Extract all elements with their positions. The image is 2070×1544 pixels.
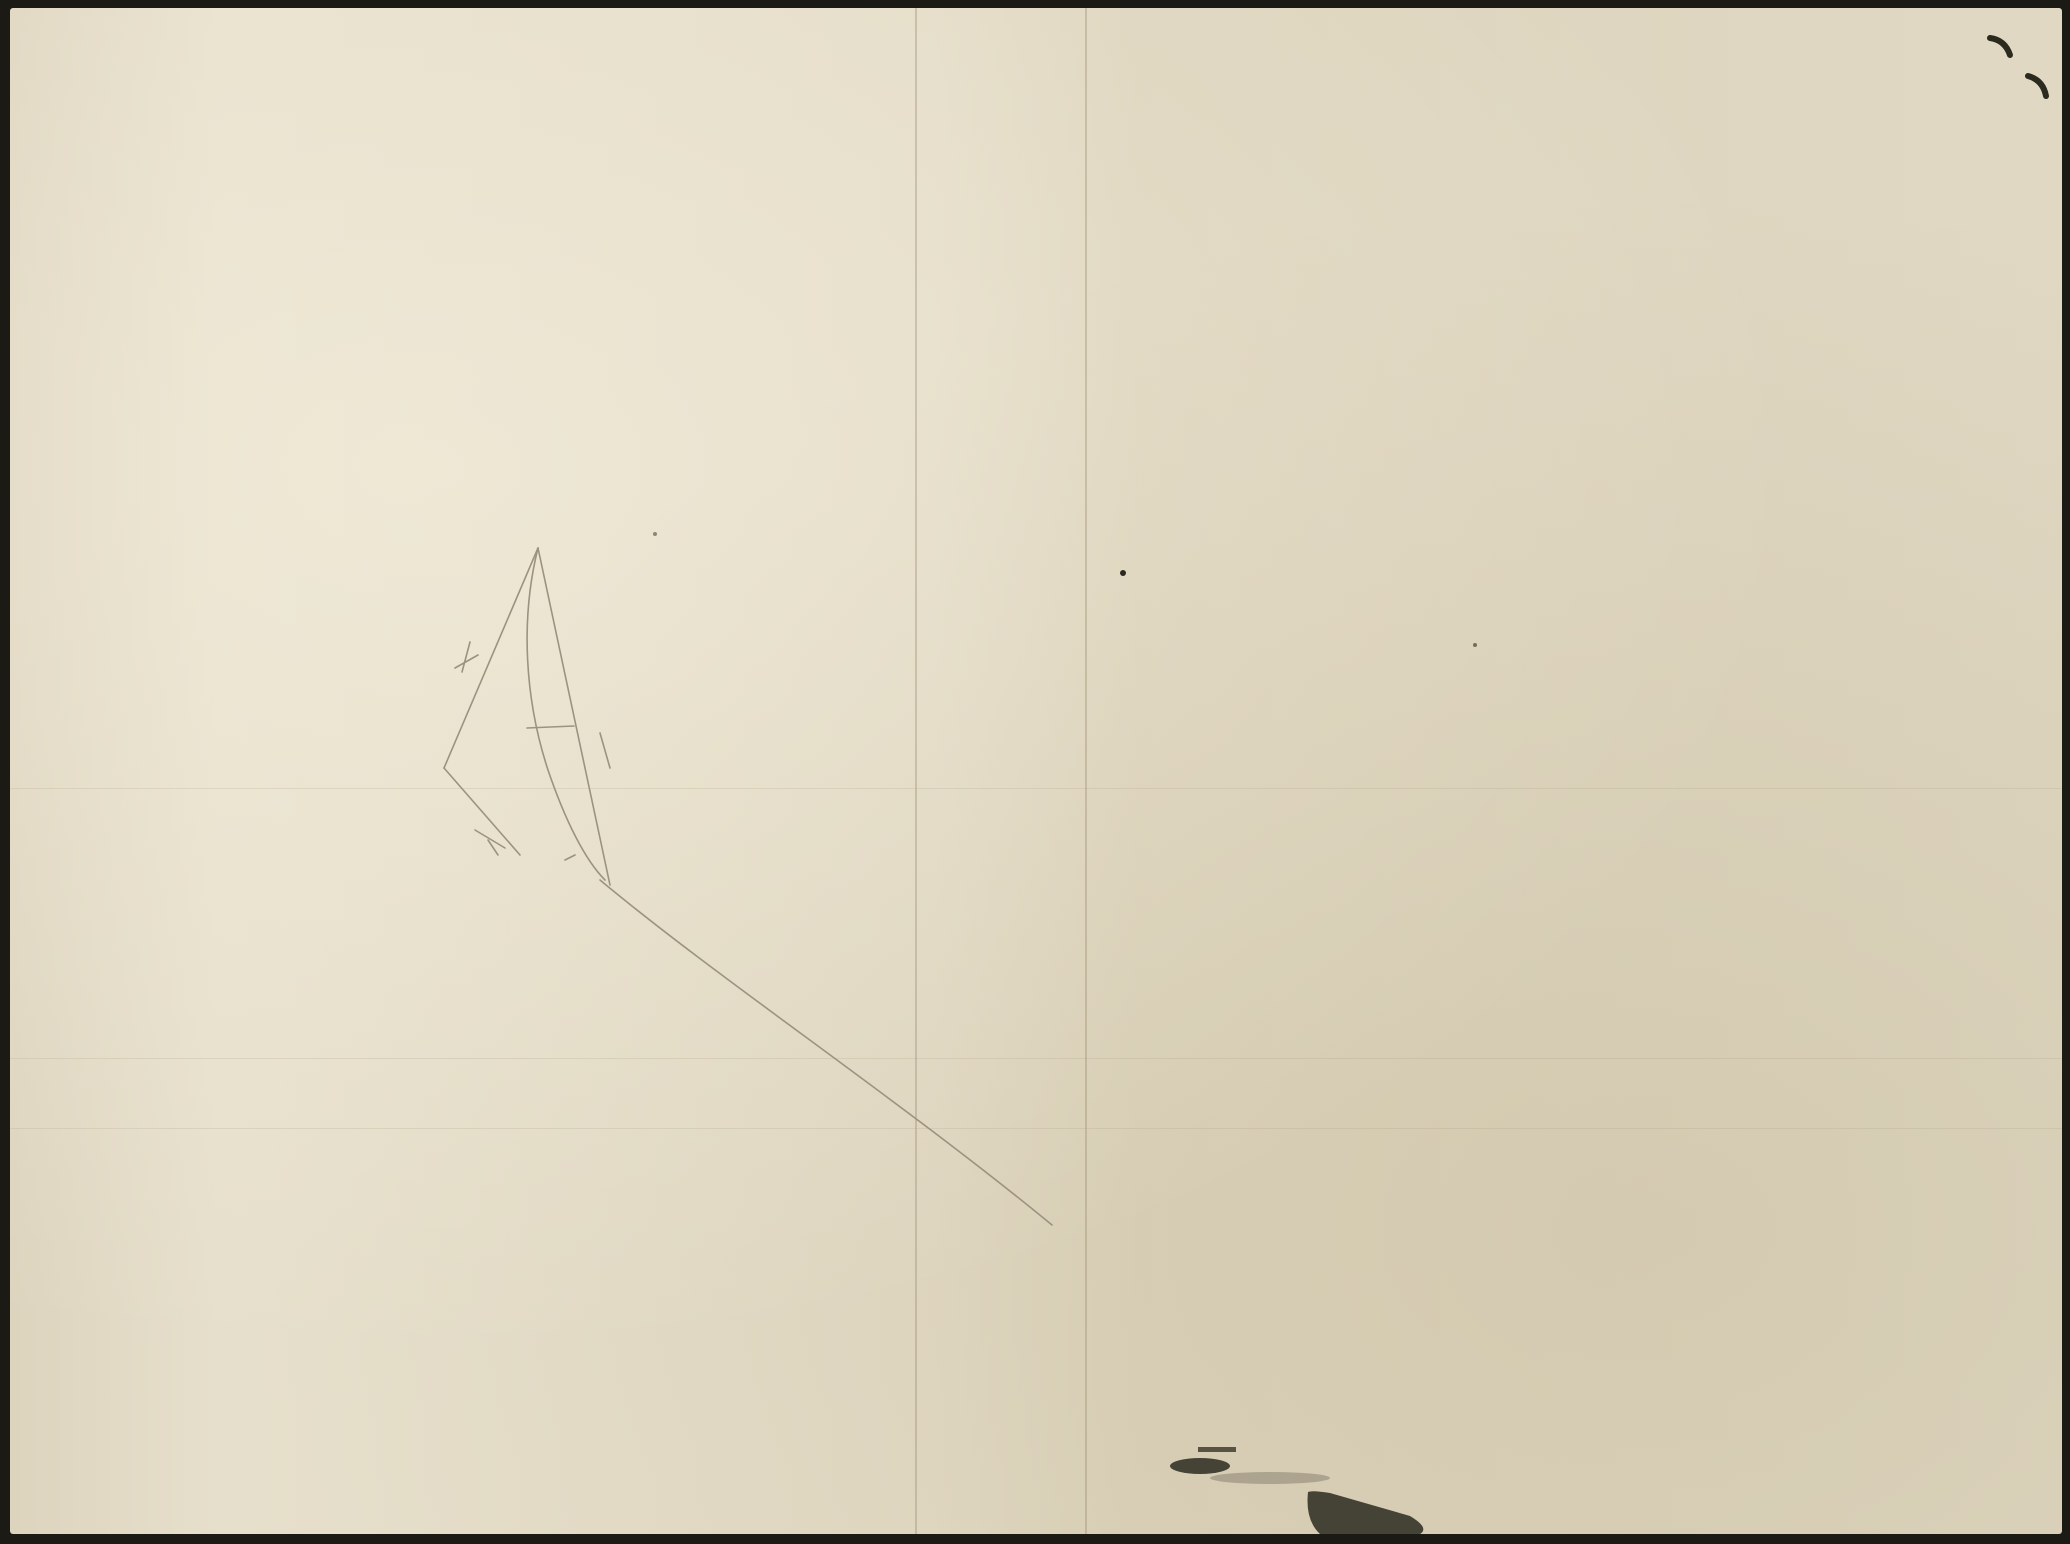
staple-marks-icon — [1990, 38, 2046, 96]
speck — [1473, 643, 1477, 647]
pencil-sketch — [0, 0, 2070, 1544]
speck — [653, 532, 657, 536]
ink-smudge — [1170, 1447, 1423, 1534]
tick-marks — [455, 642, 610, 860]
speck — [1120, 570, 1126, 576]
triangle-sketch — [444, 548, 1052, 1225]
